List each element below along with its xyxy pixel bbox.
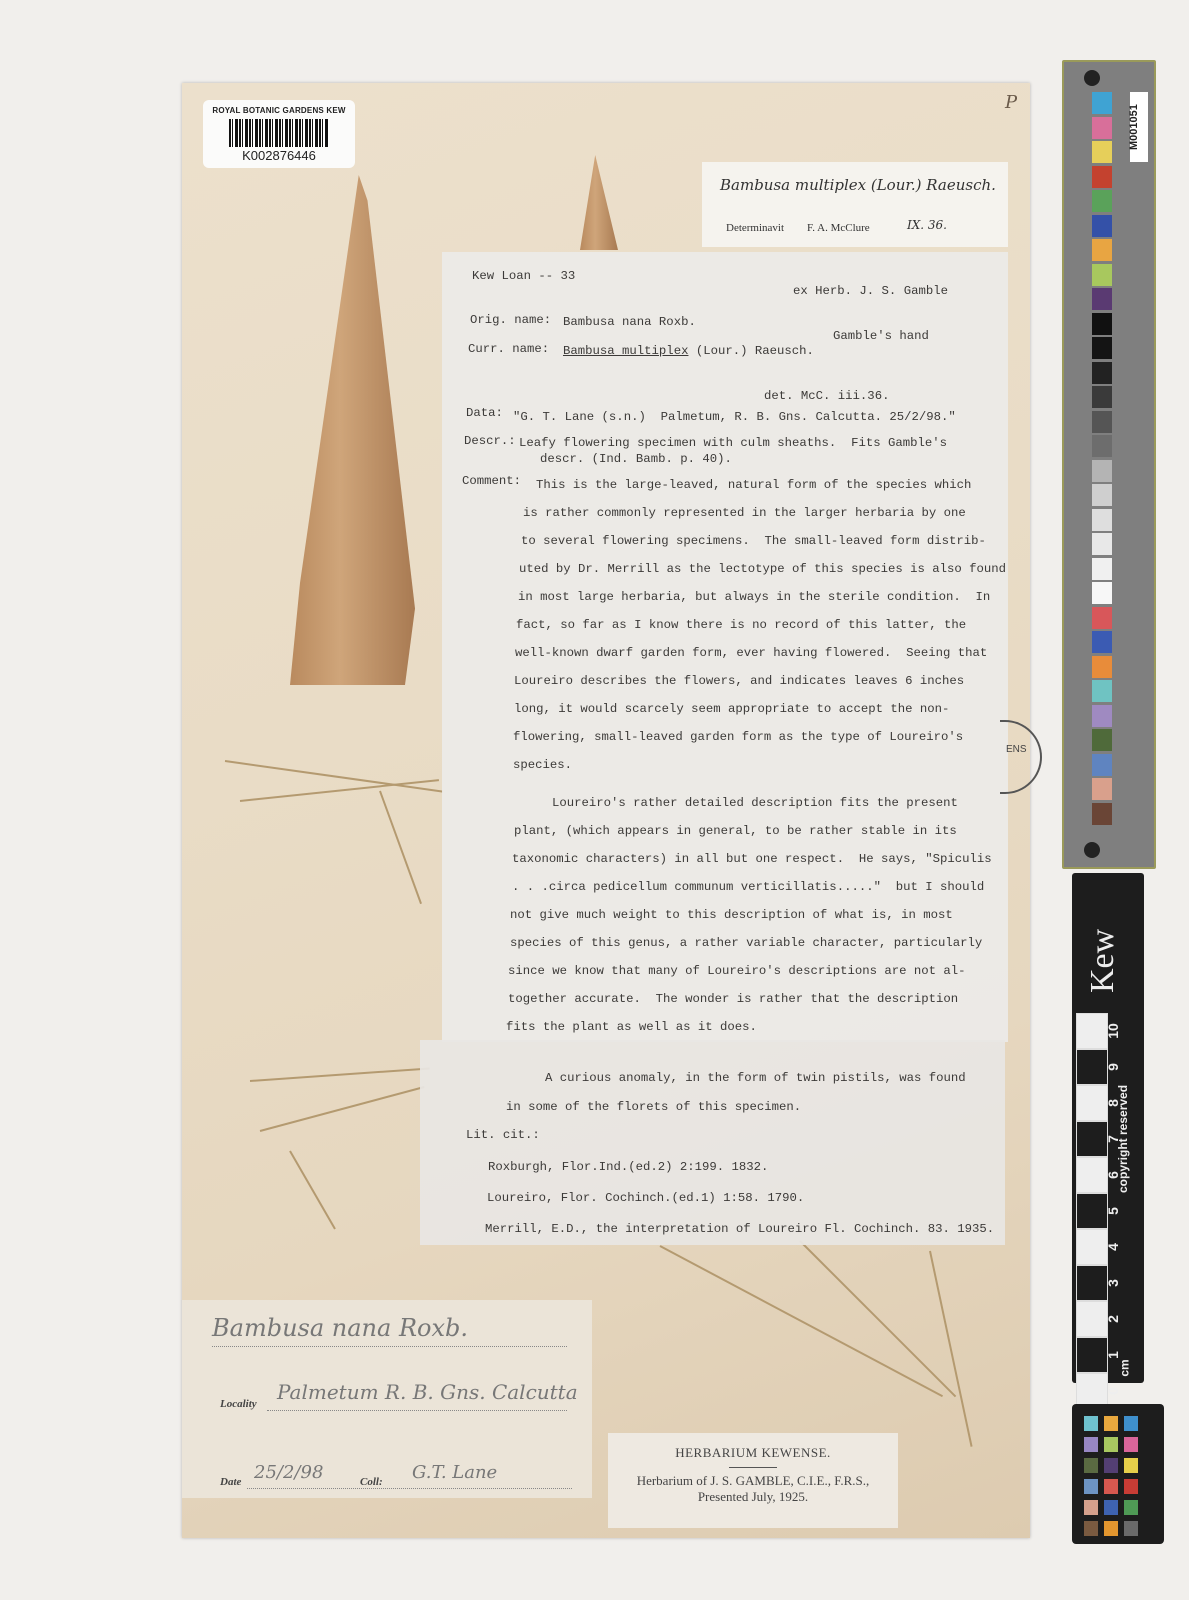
- color-patch: [1092, 264, 1112, 286]
- comment-line: flowering, small-leaved garden form as t…: [513, 730, 963, 744]
- color-swatch: [1124, 1521, 1138, 1536]
- citation: Roxburgh, Flor.Ind.(ed.2) 2:199. 1832.: [488, 1160, 768, 1174]
- paragraph2-line: Loureiro's rather detailed description f…: [552, 796, 958, 810]
- color-patch: [1092, 435, 1112, 457]
- descr-line-2: descr. (Ind. Bamb. p. 40).: [540, 452, 732, 466]
- scale-segment: [1076, 1049, 1108, 1085]
- color-patch: [1092, 141, 1112, 163]
- color-patch: [1092, 190, 1112, 212]
- color-calibration-ruler: M001051: [1062, 60, 1156, 869]
- scale-segment: [1076, 1085, 1108, 1121]
- divider: [729, 1467, 777, 1468]
- ruler-id: M001051: [1130, 92, 1148, 162]
- comment-line: in most large herbaria, but always in th…: [518, 590, 990, 604]
- scale-tick: 3: [1105, 1272, 1141, 1294]
- determination-date: IX. 36.: [907, 218, 947, 232]
- citation: Merrill, E.D., the interpretation of Lou…: [485, 1222, 994, 1236]
- comment-line: This is the large-leaved, natural form o…: [536, 478, 971, 492]
- comment-line: is rather commonly represented in the la…: [523, 506, 966, 520]
- scale-segment: [1076, 1265, 1108, 1301]
- paragraph3-line: A curious anomaly, in the form of twin p…: [545, 1071, 966, 1085]
- color-checker-card: [1072, 1404, 1164, 1544]
- collector-label: Bambusa nana Roxb. Locality Palmetum R. …: [182, 1300, 592, 1498]
- color-patch: [1092, 215, 1112, 237]
- scale-segment: [1076, 1301, 1108, 1337]
- color-patch: [1092, 705, 1112, 727]
- scale-tick: 8: [1105, 1092, 1141, 1114]
- comment-line: fact, so far as I know there is no recor…: [516, 618, 966, 632]
- color-patch: [1092, 607, 1112, 629]
- comment-line: uted by Dr. Merrill as the lectotype of …: [519, 562, 1006, 576]
- color-patch: [1092, 362, 1112, 384]
- color-swatch: [1084, 1500, 1098, 1515]
- color-swatch: [1104, 1437, 1118, 1452]
- scale-tick: 10: [1105, 1020, 1141, 1042]
- color-patch: [1092, 386, 1112, 408]
- determined-name: Bambusa multiplex (Lour.) Raeusch.: [720, 176, 996, 194]
- ex-herb: ex Herb. J. S. Gamble: [793, 284, 948, 298]
- paragraph2-line: together accurate. The wonder is rather …: [508, 992, 958, 1006]
- comment-line: long, it would scarcely seem appropriate…: [514, 702, 949, 716]
- coll-label: Coll:: [360, 1476, 383, 1488]
- color-patch: [1092, 778, 1112, 800]
- gambles-hand: Gamble's hand: [833, 329, 929, 343]
- barcode-label: ROYAL BOTANIC GARDENS KEW K002876446: [203, 100, 355, 168]
- orig-name-label: Orig. name:: [470, 313, 551, 327]
- collector-value: G.T. Lane: [412, 1462, 497, 1483]
- color-swatch: [1084, 1416, 1098, 1431]
- kew-scale-bar: Kew copyright reserved 109876543210 cm: [1072, 873, 1144, 1383]
- color-patch: [1092, 509, 1112, 531]
- institution-name: ROYAL BOTANIC GARDENS KEW: [203, 106, 355, 115]
- color-swatch: [1084, 1458, 1098, 1473]
- color-patch: [1092, 460, 1112, 482]
- color-swatch: [1084, 1437, 1098, 1452]
- presented-date: Presented July, 1925.: [608, 1489, 898, 1505]
- color-patch: [1092, 582, 1112, 604]
- color-swatch: [1104, 1458, 1118, 1473]
- color-patch: [1092, 313, 1112, 335]
- barcode-number: K002876446: [203, 148, 355, 163]
- paragraph2-line: not give much weight to this description…: [510, 908, 953, 922]
- color-patch: [1092, 729, 1112, 751]
- comment-line: to several flowering specimens. The smal…: [521, 534, 986, 548]
- citation: Loureiro, Flor. Cochinch.(ed.1) 1:58. 17…: [487, 1191, 804, 1205]
- color-patch: [1092, 680, 1112, 702]
- ruler-hole: [1084, 842, 1100, 858]
- color-swatch: [1104, 1521, 1118, 1536]
- scale-segment: [1076, 1157, 1108, 1193]
- color-swatch: [1104, 1500, 1118, 1515]
- color-patch: [1092, 484, 1112, 506]
- curr-name-label: Curr. name:: [468, 342, 549, 356]
- scale-tick: 7: [1105, 1128, 1141, 1150]
- collection-data: "G. T. Lane (s.n.) Palmetum, R. B. Gns. …: [513, 410, 956, 424]
- ruler-hole: [1084, 70, 1100, 86]
- herbarium-title: HERBARIUM KEWENSE.: [608, 1445, 898, 1461]
- color-patch: [1092, 411, 1112, 433]
- color-swatch: [1104, 1479, 1118, 1494]
- paragraph3-line: in some of the florets of this specimen.: [506, 1100, 801, 1114]
- color-swatch: [1084, 1479, 1098, 1494]
- paragraph2-line: . . .circa pedicellum communum verticill…: [512, 880, 984, 894]
- determination-label: Bambusa multiplex (Lour.) Raeusch. Deter…: [702, 162, 1008, 247]
- paragraph2-line: taxonomic characters) in all but one res…: [512, 852, 992, 866]
- color-patch: [1092, 117, 1112, 139]
- curr-name: Bambusa multiplex (Lour.) Raeusch.: [563, 344, 814, 358]
- herbarium-stamp: ENS: [1000, 720, 1042, 794]
- color-patch: [1092, 92, 1112, 114]
- color-patch: [1092, 631, 1112, 653]
- comment-label: Comment:: [462, 474, 521, 488]
- paragraph2-line: species of this genus, a rather variable…: [510, 936, 982, 950]
- paragraph2-line: since we know that many of Loureiro's de…: [508, 964, 966, 978]
- sheet-mark: P: [1005, 92, 1017, 113]
- date-label: Date: [220, 1476, 241, 1488]
- comment-line: well-known dwarf garden form, ever havin…: [515, 646, 987, 660]
- color-swatch: [1124, 1437, 1138, 1452]
- barcode-icon: [229, 119, 329, 147]
- color-patch: [1092, 656, 1112, 678]
- determinavit-label: Determinavit: [726, 222, 784, 234]
- herbarium-kewense-label: HERBARIUM KEWENSE. Herbarium of J. S. GA…: [608, 1433, 898, 1528]
- scale-segment: [1076, 1013, 1108, 1049]
- scale-ticks: 109876543210: [1112, 1013, 1134, 1409]
- scale-tick: 0: [1105, 1380, 1141, 1402]
- descr-label: Descr.:: [464, 434, 516, 448]
- color-swatch: [1084, 1521, 1098, 1536]
- det-note: det. McC. iii.36.: [764, 389, 889, 403]
- locality-label: Locality: [220, 1398, 257, 1410]
- color-patch: [1092, 558, 1112, 580]
- color-swatch: [1124, 1416, 1138, 1431]
- determiner-name: F. A. McClure: [807, 222, 870, 234]
- comment-line: species.: [513, 758, 572, 772]
- color-patch: [1092, 533, 1112, 555]
- orig-name: Bambusa nana Roxb.: [563, 315, 696, 329]
- lit-cit-label: Lit. cit.:: [466, 1128, 540, 1142]
- scale-segment: [1076, 1337, 1108, 1373]
- paragraph2-line: plant, (which appears in general, to be …: [514, 824, 957, 838]
- color-patch: [1092, 288, 1112, 310]
- scale-tick: 9: [1105, 1056, 1141, 1078]
- color-patch: [1092, 166, 1112, 188]
- color-patch: [1092, 803, 1112, 825]
- scale-tick: 5: [1105, 1200, 1141, 1222]
- date-value: 25/2/98: [254, 1462, 323, 1483]
- scale-segment: [1076, 1121, 1108, 1157]
- comment-line: Loureiro describes the flowers, and indi…: [514, 674, 964, 688]
- color-swatch: [1124, 1479, 1138, 1494]
- descr-line-1: Leafy flowering specimen with culm sheat…: [519, 436, 947, 450]
- herbarium-source: Herbarium of J. S. GAMBLE, C.I.E., F.R.S…: [608, 1473, 898, 1489]
- color-patch: [1092, 239, 1112, 261]
- scale-segment: [1076, 1193, 1108, 1229]
- color-patch: [1092, 337, 1112, 359]
- scale-tick: 2: [1105, 1308, 1141, 1330]
- color-swatch: [1124, 1458, 1138, 1473]
- scale-tick: 6: [1105, 1164, 1141, 1186]
- color-patch: [1092, 754, 1112, 776]
- specimen-name: Bambusa nana Roxb.: [212, 1314, 468, 1342]
- data-label: Data:: [466, 406, 503, 420]
- kew-logo: Kew: [1084, 929, 1122, 993]
- color-swatch: [1124, 1500, 1138, 1515]
- color-swatch: [1104, 1416, 1118, 1431]
- loan-number: Kew Loan -- 33: [472, 269, 575, 283]
- paragraph2-line: fits the plant as well as it does.: [506, 1020, 757, 1034]
- scale-tick: 4: [1105, 1236, 1141, 1258]
- scale-unit: cm: [1118, 1359, 1132, 1376]
- scale-segment: [1076, 1229, 1108, 1265]
- locality-value: Palmetum R. B. Gns. Calcutta: [277, 1380, 578, 1404]
